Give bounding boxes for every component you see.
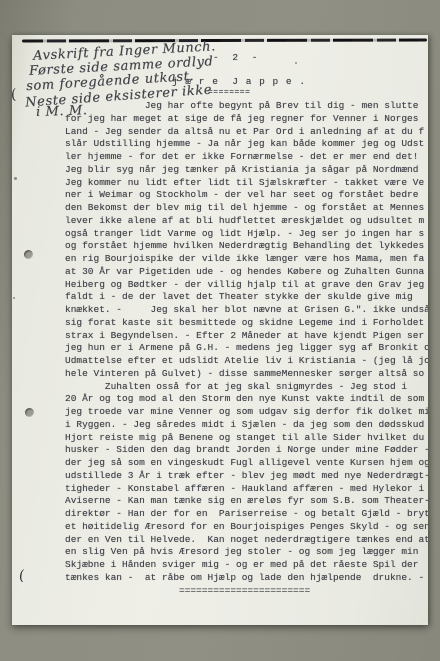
torn-top-edge: [22, 38, 427, 42]
hole-punch-bottom: [25, 408, 34, 417]
salutation-underline: ========: [208, 88, 250, 97]
typed-letter-body: Jeg har ofte begynt på Brev til dig - me…: [65, 100, 428, 597]
page-number: - 2 -: [213, 52, 262, 63]
paper-speck: [295, 62, 297, 64]
scanned-letter-page: Avskrift fra Inger Munch. Første side sa…: [0, 0, 440, 661]
salutation: j æ r e J a p p e .: [172, 76, 306, 87]
margin-mark-bottom: (: [18, 568, 25, 584]
hole-punch-top: [24, 250, 33, 259]
paper-speck: [14, 177, 17, 180]
margin-mark-top: (: [12, 87, 18, 104]
paper-speck: [13, 297, 15, 299]
paper-sheet: Avskrift fra Inger Munch. Første side sa…: [12, 35, 428, 625]
